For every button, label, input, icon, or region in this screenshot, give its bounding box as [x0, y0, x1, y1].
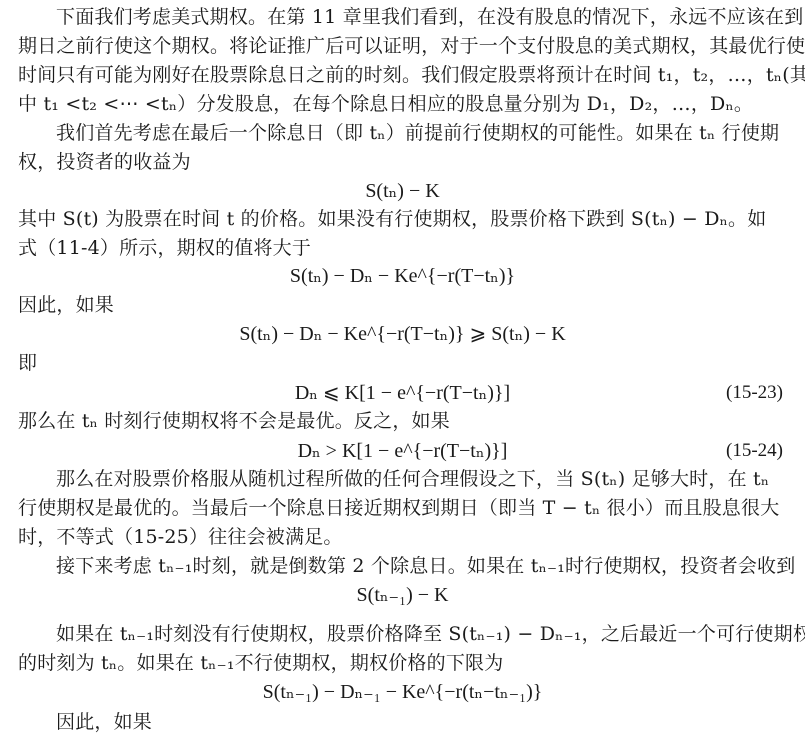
paragraph-2-line-6: 即: [18, 351, 788, 375]
formula-inequality: S(tₙ) − Dₙ − Ke^{−r(T−tₙ)} ⩾ S(tₙ) − K: [0, 321, 805, 347]
paragraph-2-line-2: 权，投资者的收益为: [18, 150, 788, 174]
formula-15-24: Dₙ > K[1 − e^{−r(T−tₙ)}]: [0, 438, 805, 464]
paragraph-1-line-3: 时间只有可能为刚好在股票除息日之前的时刻。我们假定股票将预计在时间 t₁，t₂，…: [18, 63, 788, 87]
paragraph-2-line-3: 其中 S(t) 为股票在时间 t 的价格。如果没有行使期权，股票价格下跌到 S(…: [18, 207, 788, 231]
paragraph-4-line-1: 接下来考虑 tₙ₋₁时刻，就是倒数第 2 个除息日。如果在 tₙ₋₁时行使期权，…: [56, 554, 788, 578]
paragraph-2-line-5: 因此，如果: [18, 293, 788, 317]
equation-number-15-23: (15-23): [726, 380, 783, 406]
paragraph-5-line-1: 如果在 tₙ₋₁时刻没有行使期权，股票价格降至 S(tₙ₋₁) − Dₙ₋₁，之…: [56, 622, 788, 646]
paragraph-5-line-2: 的时刻为 tₙ。如果在 tₙ₋₁不行使期权，期权价格的下限为: [18, 651, 788, 675]
formula-15-23: Dₙ ⩽ K[1 − e^{−r(T−tₙ)}]: [0, 380, 805, 406]
paragraph-3-line-2: 行使期权是最优的。当最后一个除息日接近期权到期日（即当 T − tₙ 很小）而且…: [18, 496, 788, 520]
paragraph-1-line-2: 期日之前行使这个期权。将论证推广后可以证明，对于一个支付股息的美式期权，其最优行…: [18, 34, 788, 58]
formula-payoff: S(tₙ) − K: [0, 178, 805, 204]
paragraph-1-line-4: 中 t₁ <t₂ <⋯ <tₙ）分发股息，在每个除息日相应的股息量分别为 D₁，…: [18, 92, 788, 116]
paragraph-3-line-3: 时，不等式（15-25）往往会被满足。: [18, 525, 788, 549]
paragraph-2-line-1: 我们首先考虑在最后一个除息日（即 tₙ）前提前行使期权的可能性。如果在 tₙ 行…: [56, 121, 788, 145]
formula-lower-bound: S(tₙ) − Dₙ − Ke^{−r(T−tₙ)}: [0, 263, 805, 289]
paragraph-2-line-4: 式（11-4）所示，期权的值将大于: [18, 236, 788, 260]
paragraph-3-line-1: 那么在对股票价格服从随机过程所做的任何合理假设之下，当 S(tₙ) 足够大时，在…: [56, 467, 788, 491]
paragraph-5-line-3: 因此，如果: [56, 710, 788, 734]
paragraph-1-line-1: 下面我们考虑美式期权。在第 11 章里我们看到，在没有股息的情况下，永远不应该在…: [56, 5, 788, 29]
formula-lower-bound-n-1: S(tₙ₋₁) − Dₙ₋₁ − Ke^{−r(tₙ−tₙ₋₁)}: [0, 679, 805, 705]
equation-number-15-24: (15-24): [726, 438, 783, 464]
formula-payoff-n-1: S(tₙ₋₁) − K: [0, 582, 805, 608]
paragraph-2-line-7: 那么在 tₙ 时刻行使期权将不会是最优。反之，如果: [18, 409, 788, 433]
